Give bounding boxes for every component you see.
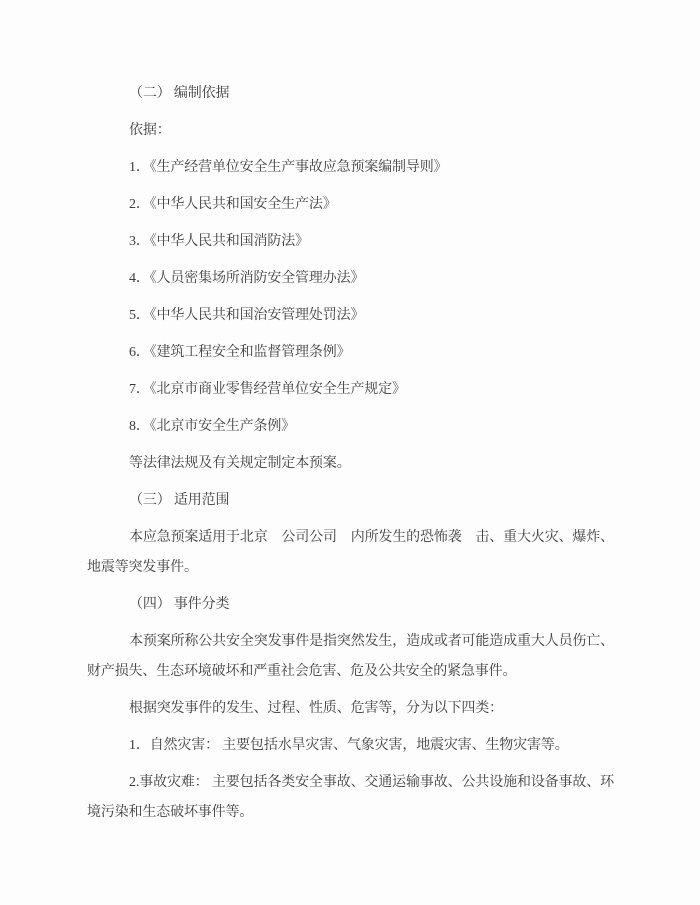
basis-list-item-2: 2．《中华人民共和国安全生产法》 bbox=[87, 190, 614, 220]
basis-closing-text: 等法律法规及有关规定制定本预案。 bbox=[87, 449, 614, 479]
basis-list-item-6: 6．《建筑工程安全和监督管理条例》 bbox=[87, 338, 614, 368]
basis-intro-text: 依据： bbox=[87, 116, 614, 146]
document-page: （二） 编制依据 依据： 1．《生产经营单位安全生产事故应急预案编制导则》 2．… bbox=[0, 0, 700, 905]
section-heading-applicable-scope: （三） 适用范围 bbox=[87, 486, 614, 516]
basis-list-item-1: 1．《生产经营单位安全生产事故应急预案编制导则》 bbox=[87, 153, 614, 183]
classification-definition-paragraph: 本预案所称公共安全突发事件是指突然发生，造成或者可能造成重大人员伤亡、财产损失、… bbox=[87, 627, 614, 687]
category-accident-disaster: 2.事故灾难： 主要包括各类安全事故、交通运输事故、公共设施和设备事故、环境污染… bbox=[87, 768, 614, 828]
section-heading-compilation-basis: （二） 编制依据 bbox=[87, 79, 614, 109]
classification-intro-text: 根据突发事件的发生、过程、性质、危害等，分为以下四类： bbox=[87, 694, 614, 724]
basis-list-item-4: 4．《人员密集场所消防安全管理办法》 bbox=[87, 264, 614, 294]
basis-list-item-5: 5．《中华人民共和国治安管理处罚法》 bbox=[87, 301, 614, 331]
basis-list-item-7: 7．《北京市商业零售经营单位安全生产规定》 bbox=[87, 375, 614, 405]
category-natural-disaster: 1．自然灾害： 主要包括水旱灾害、气象灾害，地震灾害、生物灾害等。 bbox=[87, 731, 614, 761]
basis-list-item-3: 3．《中华人民共和国消防法》 bbox=[87, 227, 614, 257]
basis-list-item-8: 8．《北京市安全生产条例》 bbox=[87, 412, 614, 442]
scope-paragraph: 本应急预案适用于北京 公司公司 内所发生的恐怖袭 击、重大火灾、爆炸、地震等突发… bbox=[87, 523, 614, 583]
section-heading-event-classification: （四） 事件分类 bbox=[87, 590, 614, 620]
